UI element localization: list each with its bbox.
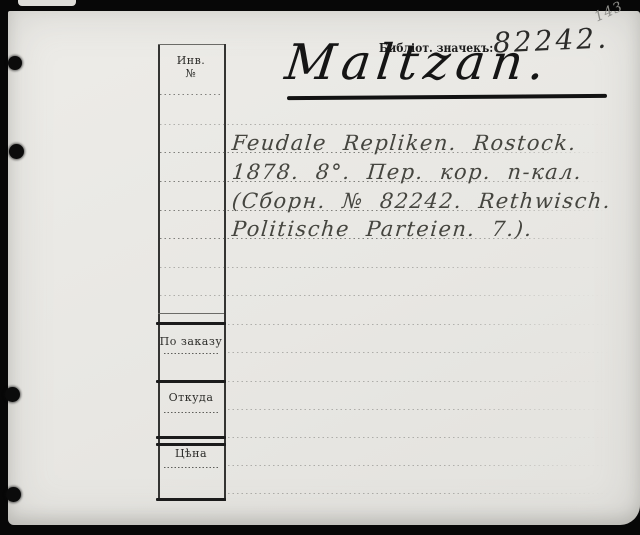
ruled-line (160, 267, 618, 268)
price-label: Цѣна (158, 448, 224, 460)
entry-line-1: Feudale Repliken. Rostock. (231, 131, 578, 155)
ruled-line (228, 465, 618, 466)
ruled-line (160, 295, 618, 296)
ruled-line (228, 324, 618, 325)
origin-box-bottom-border (156, 436, 226, 439)
order-label: По заказу (158, 336, 224, 348)
entry-line-2: 1878. 8°. Пер. кор. п-кал. (231, 160, 583, 184)
price-box-bottom-border (156, 498, 226, 501)
punch-hole (6, 487, 21, 502)
order-label-dotted-line (164, 353, 220, 354)
inventory-label: Инв. (158, 55, 224, 67)
price-label-dotted-line (164, 467, 220, 468)
entry-line-3: (Сборн. № 82242. Rethwisch. (231, 189, 612, 213)
price-box-top-border (156, 443, 226, 446)
entry-line-4: Politische Parteien. 7.). (231, 217, 534, 241)
order-box-top-border (156, 322, 226, 325)
column-right-border (224, 44, 226, 501)
ruled-line (160, 124, 618, 125)
column-top-border (158, 44, 224, 45)
origin-label-dotted-line (164, 412, 220, 413)
scan-edge-notch (18, 0, 76, 6)
ruled-line (160, 94, 223, 95)
column-section-divider (158, 313, 224, 314)
punch-hole (5, 387, 20, 402)
ruled-line (228, 409, 618, 410)
origin-label: Откуда (158, 392, 224, 404)
punch-hole (8, 56, 22, 70)
inventory-number-sign: № (158, 68, 224, 80)
column-left-border (158, 44, 160, 501)
origin-box-top-border (156, 380, 226, 383)
scanned-catalog-card: Библіот. значекъ: 82242. 143 Maltzan. Ин… (0, 0, 640, 535)
ruled-line (228, 381, 618, 382)
author-heading: Maltzan. (282, 34, 554, 91)
ruled-line (228, 352, 618, 353)
ruled-line (228, 437, 618, 438)
punch-hole (9, 144, 24, 159)
ruled-line (228, 493, 618, 494)
